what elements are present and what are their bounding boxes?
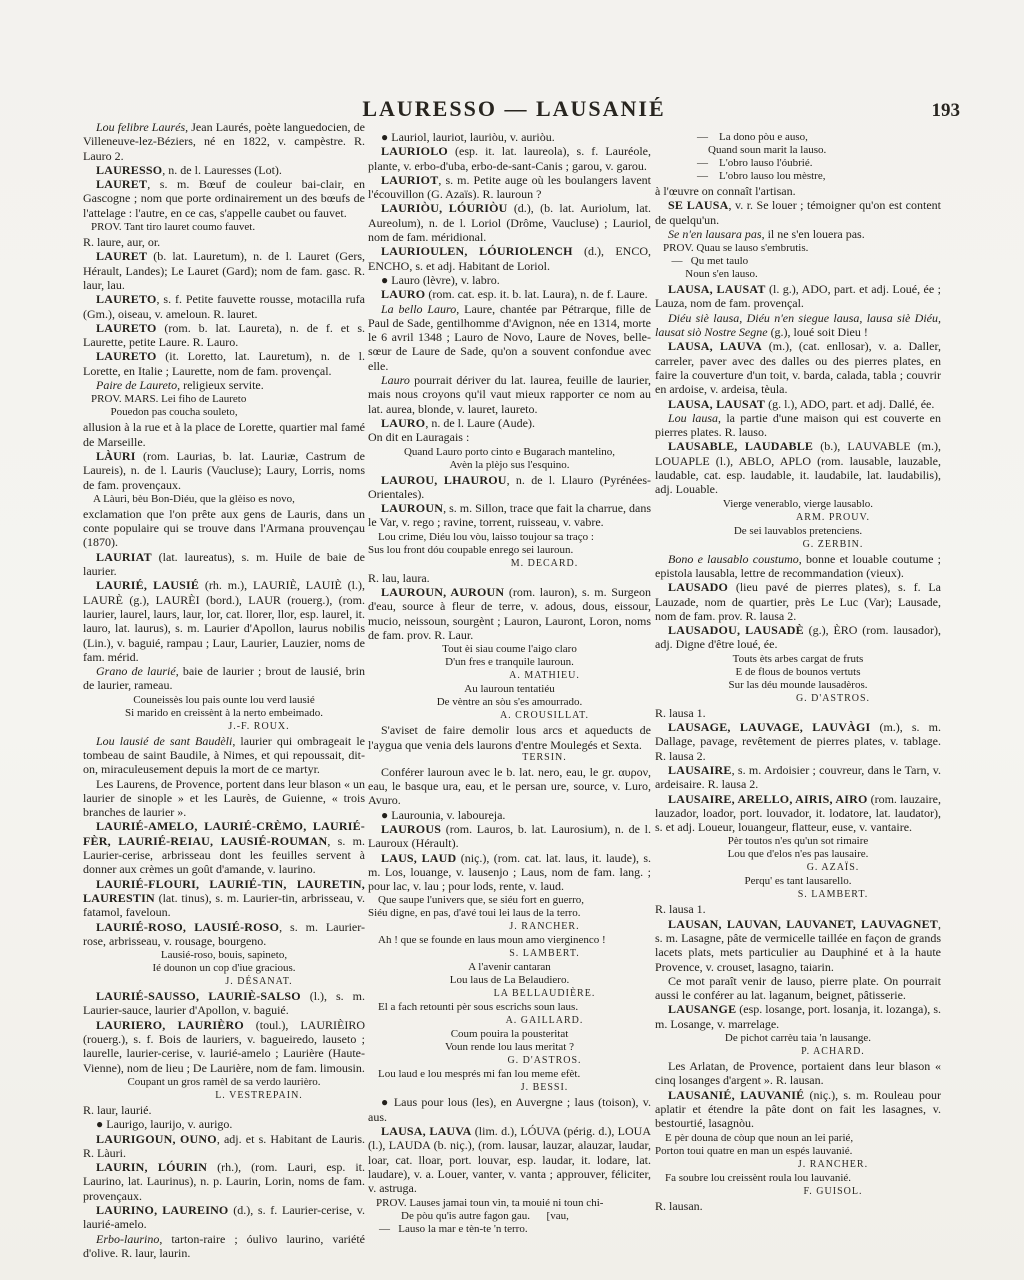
headword: LAURET <box>96 177 147 191</box>
paragraph: Lou lausa, la partie d'une maison qui es… <box>655 411 941 440</box>
paragraph: On dit en Lauragais : <box>368 430 651 444</box>
italic-lead: Lou lausa <box>668 411 718 425</box>
proverb: PROV. Lauses jamai toun vin, ta mouié ni… <box>368 1197 651 1236</box>
attribution: A. MATHIEU. <box>438 670 651 682</box>
headword: LAURIAT <box>96 550 152 564</box>
headword: LAUSAIRE <box>668 763 732 777</box>
paragraph: exclamation que l'on prête aux gens de L… <box>83 507 365 550</box>
dictionary-entry: LAUSAIRE, ARELLO, AIRIS, AIRO (rom. lauz… <box>655 792 941 835</box>
dictionary-entry: LAUS, LAUD (niç.), (rom. cat. lat. laus,… <box>368 851 651 894</box>
dictionary-entry: LAUSAIRE, s. m. Ardoisier ; couvreur, da… <box>655 763 941 792</box>
headword: LAUSA, LAUVA <box>668 339 762 353</box>
paragraph: Lou felibre Laurés, Jean Laurés, poète l… <box>83 120 365 163</box>
dictionary-entry: LAURET, s. m. Bœuf de couleur bai-clair,… <box>83 177 365 220</box>
verse-quote: Coupant un gros ramèl de sa verdo lauriè… <box>83 1076 365 1089</box>
paragraph: R. lausan. <box>655 1199 941 1213</box>
verse-quote: A Làuri, bèu Bon-Diéu, que la glèiso es … <box>83 493 365 506</box>
dictionary-entry: LAURIÉ, LAUSIÉ (rh. m.), LAURIÈ, LAUIÈ (… <box>83 578 365 664</box>
paragraph: Les Laurens, de Provence, portent dans l… <box>83 777 365 820</box>
italic-lead: Se n'en lausara pas <box>668 227 762 241</box>
dictionary-entry: LAUSANGE (esp. losange, port. losanja, i… <box>655 1002 941 1031</box>
verse-quote: A l'avenir cantaran Lou laus de La Belau… <box>368 961 651 987</box>
attribution: J. BESSI. <box>438 1082 651 1094</box>
headword: LAURETO <box>96 292 157 306</box>
attribution: L. VESTREPAIN. <box>153 1090 365 1102</box>
dictionary-entry: LAURO, n. de l. Laure (Aude). <box>368 416 651 430</box>
dictionary-entry: LAURIÉ-AMELO, LAURIÉ-CRÈMO, LAURIÉ-FÈR, … <box>83 819 365 876</box>
proverb: PROV. Tant tiro lauret coumo fauvet. <box>83 221 365 234</box>
verse-quote: — La dono pòu e auso, Quand soun marit l… <box>697 131 941 183</box>
headword: LAURIÉ-SAUSSO, LAURIÈ-SALSO <box>96 989 301 1003</box>
attribution: A. GAILLARD. <box>438 1015 651 1027</box>
paragraph: ● Laurigo, laurijo, v. aurigo. <box>83 1117 365 1131</box>
attribution: G. D'ASTROS. <box>725 693 941 705</box>
dictionary-entry: LAUSANIÉ, LAUVANIÉ (niç.), s. m. Rouleau… <box>655 1088 941 1131</box>
headword: LAURO <box>381 416 425 430</box>
verse-quote: Perqu' es tant lausarello. <box>655 875 941 888</box>
italic-lead: La bello Lauro <box>381 302 456 316</box>
headword: LAUROUN, AUROUN <box>381 585 504 599</box>
dictionary-entry: LAURIÉ-ROSO, LAUSIÉ-ROSO, s. m. Laurier-… <box>83 920 365 949</box>
attribution: TERSIN. <box>438 752 651 764</box>
headword: LAURIÉ-ROSO, LAUSIÉ-ROSO <box>96 920 279 934</box>
dictionary-entry: LAUSAGE, LAUVAGE, LAUVÀGI (m.), s. m. Da… <box>655 720 941 763</box>
verse-quote: Lausié-roso, bouis, sapineto, Ié dounon … <box>83 949 365 975</box>
headword: LAUSADOU, LAUSADÈ <box>668 623 804 637</box>
paragraph: Grano de laurié, baie de laurier ; brout… <box>83 664 365 693</box>
dictionary-entry: LAURINO, LAUREINO (d.), s. f. Laurier-ce… <box>83 1203 365 1232</box>
dictionary-entry: SE LAUSA, v. r. Se louer ; témoigner qu'… <box>655 198 941 227</box>
dictionary-entry: LAURIAT (lat. laureatus), s. m. Huile de… <box>83 550 365 579</box>
dictionary-page-scan: LAURESSO — LAUSANIÉ 193 Lou felibre Laur… <box>0 0 1024 1280</box>
verse-quote: De pichot carrèu taia 'n lausange. <box>655 1032 941 1045</box>
verse-quote: Au lauroun tentatiéu De vèntre an sòu s'… <box>368 683 651 709</box>
headword: LAUSAIRE, ARELLO, AIRIS, AIRO <box>668 792 868 806</box>
verse-quote: El a fach retounti pèr sous escrichs sou… <box>368 1001 651 1014</box>
paragraph: ● Laurounia, v. laboureja. <box>368 808 651 822</box>
headword: LAUSAN, LAUVAN, LAUVANET, LAUVAGNET <box>668 917 938 931</box>
dictionary-entry: LAUSA, LAUVA (lim. d.), LÓUVA (périg. d.… <box>368 1124 651 1195</box>
paragraph: Paire de Laureto, religieux servite. <box>83 378 365 392</box>
column-1: Lou felibre Laurés, Jean Laurés, poète l… <box>83 120 365 1260</box>
verse-quote: Couneissès lou pais ounte lou verd lausi… <box>83 694 365 720</box>
italic-lead: Bono e lausablo coustumo <box>668 552 799 566</box>
paragraph: Lou lausié de sant Baudèli, laurier qui … <box>83 734 365 777</box>
attribution: J. RANCHER. <box>438 921 651 933</box>
attribution: S. LAMBERT. <box>725 889 941 901</box>
dictionary-entry: LAURIÉ-FLOURI, LAURIÉ-TIN, LAURETIN, LAU… <box>83 877 365 920</box>
verse-quote: Vierge venerablo, vierge lausablo. <box>655 498 941 511</box>
verse-quote: Fa soubre lou creissènt roula lou lauvan… <box>655 1172 941 1185</box>
headword: LAUROUN <box>381 501 443 515</box>
paragraph: R. lausa 1. <box>655 902 941 916</box>
verse-quote: Touts èts arbes cargat de fruts E de flo… <box>655 653 941 692</box>
headword: LAURESSO <box>96 163 162 177</box>
dictionary-entry: LAURESSO, n. de l. Lauresses (Lot). <box>83 163 365 177</box>
paragraph: Les Arlatan, de Provence, portaient dans… <box>655 1059 941 1088</box>
verse-quote: Quand Lauro porto cinto e Bugarach mante… <box>368 446 651 472</box>
attribution: LA BELLAUDIÈRE. <box>438 988 651 1000</box>
headword: LAUSANGE <box>668 1002 736 1016</box>
dictionary-entry: LAURO (rom. cat. esp. it. b. lat. Laura)… <box>368 287 651 301</box>
headword: LAURIN, LÓURIN <box>96 1160 207 1174</box>
headword: LAURIÉ-FLOURI, LAURIÉ-TIN, LAURETIN, LAU… <box>83 877 365 905</box>
dictionary-entry: LAUSAN, LAUVAN, LAUVANET, LAUVAGNET, s. … <box>655 917 941 974</box>
dictionary-entry: LAURIGOUN, OUNO, adj. et s. Habitant de … <box>83 1132 365 1161</box>
column-3: — La dono pòu e auso, Quand soun marit l… <box>655 130 941 1213</box>
italic-lead: Erbo-laurino <box>96 1232 159 1246</box>
verse-quote: Pèr toutos n'es qu'un sot rimaire Lou qu… <box>655 835 941 861</box>
headword: LAUS, LAUD <box>381 851 456 865</box>
attribution: G. ZERBIN. <box>725 539 941 551</box>
dictionary-entry: LAURETO (it. Loretto, lat. Lauretum), n.… <box>83 349 365 378</box>
attribution: J.-F. ROUX. <box>153 721 365 733</box>
paragraph: Lauro pourrait dériver du lat. laurea, f… <box>368 373 651 416</box>
attribution: F. GUISOL. <box>725 1186 941 1198</box>
paragraph: Ce mot paraît venir de lauso, pierre pla… <box>655 974 941 1003</box>
headword: LAUROUS <box>381 822 441 836</box>
italic-lead: Lou felibre Laurés <box>96 120 185 134</box>
paragraph: S'aviset de faire demolir lous arcs et a… <box>368 723 651 752</box>
paragraph: à l'œuvre on connaît l'artisan. <box>655 184 941 198</box>
headword: LAUSA, LAUSAT <box>668 397 765 411</box>
dictionary-entry: LAUSABLE, LAUDABLE (b.), LAUVABLE (m.), … <box>655 439 941 496</box>
paragraph: Bono e lausablo coustumo, bonne et louab… <box>655 552 941 581</box>
attribution: J. RANCHER. <box>725 1159 941 1171</box>
headword: LAURIERO, LAURIÈRO <box>96 1018 244 1032</box>
dictionary-entry: LÀURI (rom. Laurias, b. lat. Lauriæ, Cas… <box>83 449 365 492</box>
dictionary-entry: LAUSA, LAUSAT (l. g.), ADO, part. et adj… <box>655 282 941 311</box>
headword: LAURETO <box>96 321 157 335</box>
running-head: LAURESSO — LAUSANIÉ <box>258 96 770 122</box>
headword: LAURIÉ, LAUSIÉ <box>96 578 199 592</box>
dictionary-entry: LAUSADOU, LAUSADÈ (g.), ÈRO (rom. lausad… <box>655 623 941 652</box>
headword: LAUSADO <box>668 580 728 594</box>
paragraph: R. laure, aur, or. <box>83 235 365 249</box>
headword: LAUSA, LAUSAT <box>668 282 766 296</box>
paragraph: Erbo-laurino, tarton-raire ; óulivo laur… <box>83 1232 365 1261</box>
headword: LAURIOULEN, LÓURIOLENCH <box>381 244 573 258</box>
paragraph: allusion à la rue et à la place de Loret… <box>83 420 365 449</box>
headword: LAURIÒU, LÓURIÒU <box>381 201 508 215</box>
attribution: ARM. PROUV. <box>725 512 941 524</box>
verse-quote: Lou crime, Diéu lou vòu, laisso toujour … <box>368 531 651 557</box>
headword: LAUROU, LHAUROU <box>381 473 507 487</box>
attribution: S. LAMBERT. <box>438 948 651 960</box>
column-2: ● Lauriol, lauriot, lauriòu, v. auriòu.L… <box>368 130 651 1237</box>
attribution: G. D'ASTROS. <box>438 1055 651 1067</box>
dictionary-entry: LAUROU, LHAUROU, n. de l. Llauro (Pyréné… <box>368 473 651 502</box>
dictionary-entry: LAURIN, LÓURIN (rh.), (rom. Lauri, esp. … <box>83 1160 365 1203</box>
paragraph: ● Laus pour lous (les), en Auvergne ; la… <box>368 1095 651 1124</box>
dictionary-entry: LAURETO, s. f. Petite fauvette rousse, m… <box>83 292 365 321</box>
headword: LAUSAGE, LAUVAGE, LAUVÀGI <box>668 720 870 734</box>
headword: LAUSABLE, LAUDABLE <box>668 439 813 453</box>
headword: LAURO <box>381 287 425 301</box>
dictionary-entry: LAURIÉ-SAUSSO, LAURIÈ-SALSO (l.), s. m. … <box>83 989 365 1018</box>
dictionary-entry: LAUSA, LAUSAT (g. l.), ADO, part. et adj… <box>655 397 941 411</box>
headword: LAUSA, LAUVA <box>381 1124 472 1138</box>
proverb: PROV. MARS. Lei fiho de Laureto Pouedon … <box>83 393 365 419</box>
verse-quote: Tout èi siau coume l'aigo claro D'un fre… <box>368 643 651 669</box>
verse-quote: De sei lauvablos pretenciens. <box>655 525 941 538</box>
headword: LAURETO <box>96 349 157 363</box>
headword: LAURIGOUN, OUNO <box>96 1132 217 1146</box>
headword: LAURIOT <box>381 173 438 187</box>
paragraph: ● Lauriol, lauriot, lauriòu, v. auriòu. <box>368 130 651 144</box>
dictionary-entry: LAURIOULEN, LÓURIOLENCH (d.), ENCO, ENCH… <box>368 244 651 273</box>
attribution: P. ACHARD. <box>725 1046 941 1058</box>
dictionary-entry: LAURIÒU, LÓURIÒU (d.), (b. lat. Auriolum… <box>368 201 651 244</box>
dictionary-entry: LAUROUS (rom. Lauros, b. lat. Laurosium)… <box>368 822 651 851</box>
dictionary-entry: LAURIOLO (esp. it. lat. laureola), s. f.… <box>368 144 651 173</box>
verse-quote: E pèr douna de còup que noun an lei pari… <box>655 1132 941 1158</box>
headword: LAURINO, LAUREINO <box>96 1203 228 1217</box>
dictionary-entry: LAUSA, LAUVA (m.), (cat. enllosar), v. a… <box>655 339 941 396</box>
attribution: A. CROUSILLAT. <box>438 710 651 722</box>
headword: LÀURI <box>96 449 136 463</box>
verse-quote: Lou laud e lou mesprés mi fan lou meme e… <box>368 1068 651 1081</box>
dictionary-entry: LAURIOT, s. m. Petite auge où les boulan… <box>368 173 651 202</box>
paragraph: R. laur, laurié. <box>83 1103 365 1117</box>
dictionary-entry: LAURIERO, LAURIÈRO (toul.), LAURIÈIRO (r… <box>83 1018 365 1075</box>
verse-quote: Coum pouira la pousteritat Voun rende lo… <box>368 1028 651 1054</box>
verse-quote: Que saupe l'univers que, se siéu fort en… <box>368 894 651 920</box>
paragraph: R. lau, laura. <box>368 571 651 585</box>
headword: SE LAUSA <box>668 198 728 212</box>
dictionary-entry: LAUROUN, s. m. Sillon, trace que fait la… <box>368 501 651 530</box>
italic-lead: Lou lausié de sant Baudèli <box>96 734 232 748</box>
headword: LAUSANIÉ, LAUVANIÉ <box>668 1088 804 1102</box>
proverb: PROV. Quau se lauso s'embrutis. — Qu met… <box>655 242 941 281</box>
paragraph: Se n'en lausara pas, il ne s'en louera p… <box>655 227 941 241</box>
attribution: M. DECARD. <box>438 558 651 570</box>
paragraph: La bello Lauro, Laure, chantée par Pétra… <box>368 302 651 373</box>
paragraph: Conférer lauroun avec le b. lat. nero, e… <box>368 765 651 808</box>
verse-quote: Ah ! que se founde en laus moun amo vier… <box>368 934 651 947</box>
page-number: 193 <box>880 100 960 122</box>
italic-lead: Paire de Laureto <box>96 378 177 392</box>
paragraph: ● Lauro (lèvre), v. labro. <box>368 273 651 287</box>
paragraph: R. lausa 1. <box>655 706 941 720</box>
headword: LAURET <box>96 249 147 263</box>
attribution: G. AZAÏS. <box>725 862 941 874</box>
dictionary-entry: LAUSADO (lieu pavé de pierres plates), s… <box>655 580 941 623</box>
italic-lead: Lauro <box>381 373 410 387</box>
headword: LAURIOLO <box>381 144 448 158</box>
dictionary-entry: LAURETO (rom. b. lat. Laureta), n. de f.… <box>83 321 365 350</box>
headword: LAURIÉ-AMELO, LAURIÉ-CRÈMO, LAURIÉ-FÈR, … <box>83 819 365 847</box>
dictionary-entry: LAUROUN, AUROUN (rom. lauron), s. m. Sur… <box>368 585 651 642</box>
attribution: J. DÉSANAT. <box>153 976 365 988</box>
dictionary-entry: LAURET (b. lat. Lauretum), n. de l. Laur… <box>83 249 365 292</box>
paragraph: Diéu siè lausa, Diéu n'en siegue lausa, … <box>655 311 941 340</box>
italic-lead: Diéu siè lausa, Diéu n'en siegue lausa, … <box>655 311 941 339</box>
italic-lead: Grano de laurié <box>96 664 176 678</box>
